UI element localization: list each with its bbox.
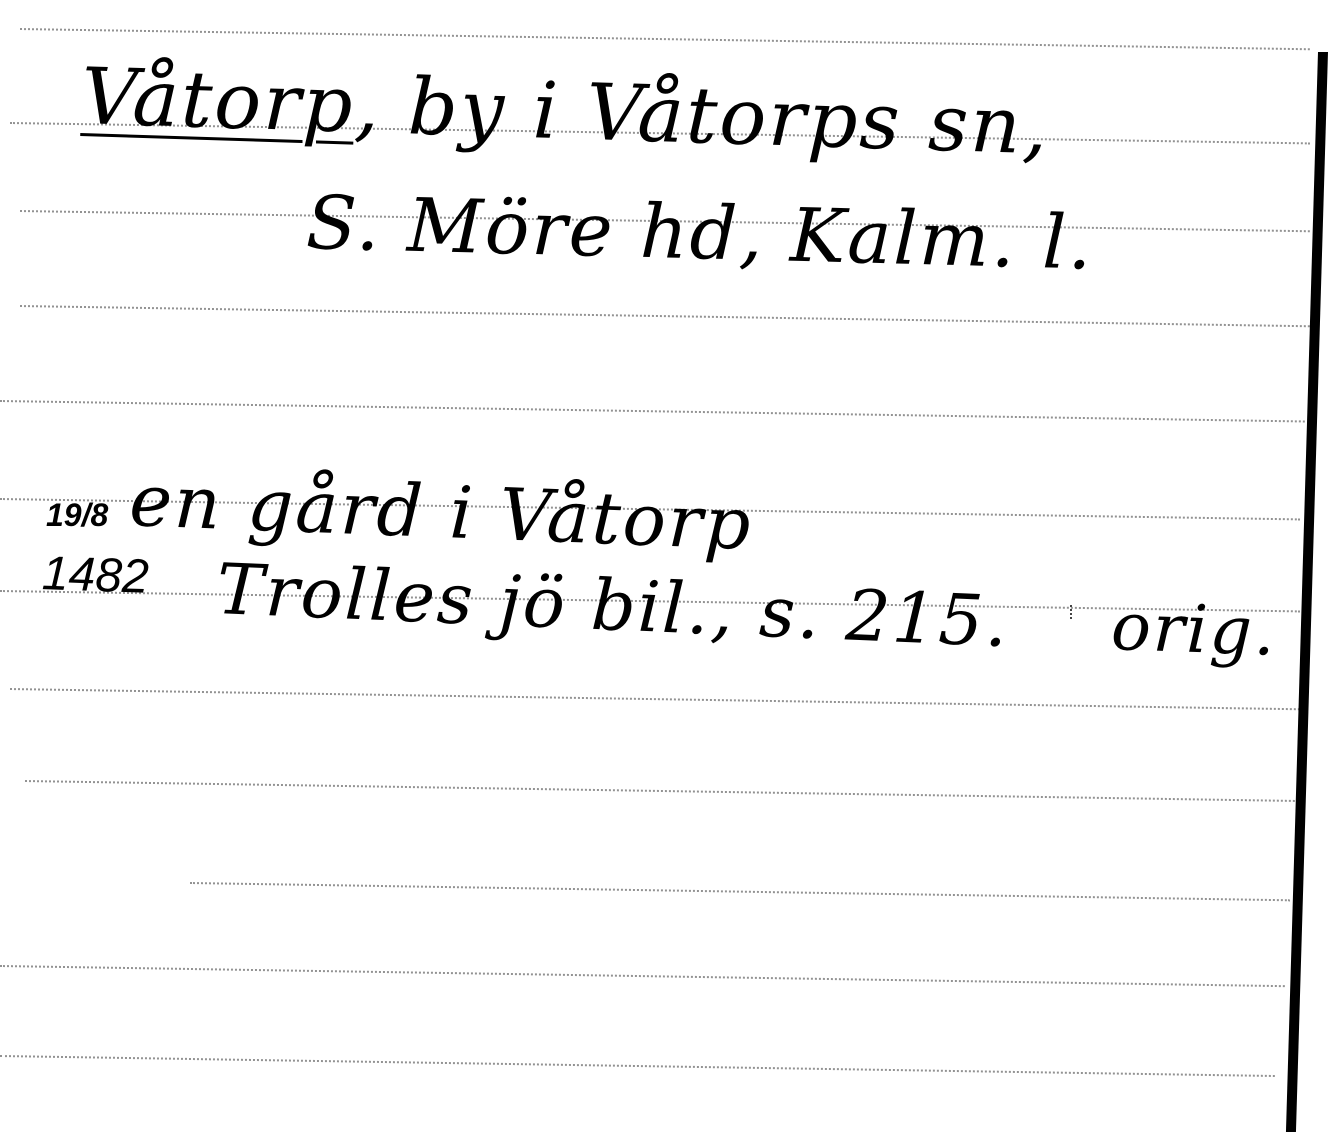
- card-right-edge: [1286, 52, 1328, 1132]
- entry-note: orig.: [1110, 588, 1278, 671]
- index-card: Våtorp, by i Våtorps sn, S. Möre hd, Kal…: [0, 0, 1342, 1132]
- header-line-1-rest: , by i Våtorps sn,: [353, 61, 1051, 173]
- entry-date: 19/8: [46, 497, 108, 534]
- ruled-line: [20, 28, 1310, 50]
- header-line-1: Våtorp, by i Våtorps sn,: [80, 52, 1051, 172]
- ink-speck: [1070, 605, 1078, 619]
- header-line-2: S. Möre hd, Kalm. l.: [305, 180, 1095, 287]
- entry-year: 1482: [41, 546, 150, 605]
- headword: Våtorp: [80, 52, 356, 151]
- ruled-line: [0, 965, 1285, 987]
- entry-text-line-2: Trolles jö bil., s. 215.: [215, 548, 1011, 663]
- ruled-line: [20, 305, 1310, 327]
- ruled-line: [190, 882, 1290, 901]
- ruled-line: [10, 688, 1300, 710]
- ruled-line: [0, 400, 1305, 422]
- ruled-line: [0, 1055, 1275, 1077]
- ruled-line: [25, 780, 1295, 802]
